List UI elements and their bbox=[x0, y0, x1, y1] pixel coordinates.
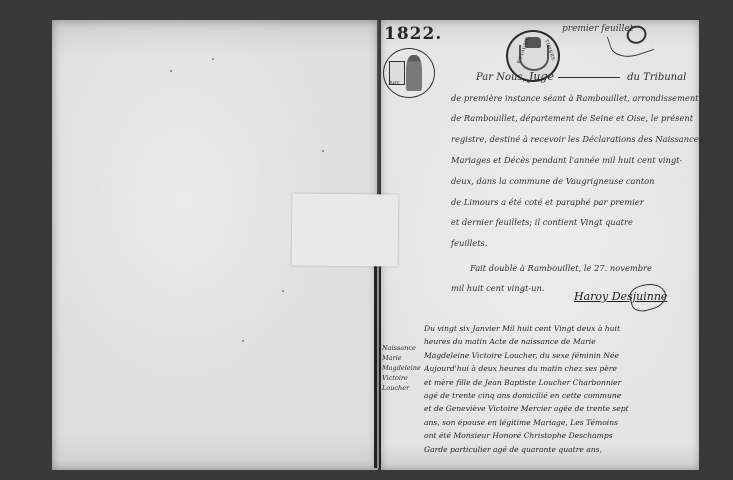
margin-note-line: Naissance bbox=[382, 343, 422, 353]
margin-note-line: Magdeleine bbox=[382, 363, 422, 373]
paper-speck bbox=[170, 70, 172, 72]
formula-line: de première instance séant à Rambouillet… bbox=[451, 93, 699, 103]
date-line: mil huit cent vingt-un. bbox=[451, 283, 544, 293]
act-line: ans, son épouse en légitime Mariage, Les… bbox=[424, 416, 696, 429]
act-line: Magdeleine Victoire Loucher, du sexe fém… bbox=[424, 349, 696, 362]
act-line: et mère fille de Jean Baptiste Loucher C… bbox=[424, 376, 696, 389]
act-line: heures du matin Acte de naissance de Mar… bbox=[424, 335, 696, 348]
formula-line: de Limours a été coté et paraphé par pre… bbox=[451, 197, 644, 207]
allegorical-figure-icon bbox=[406, 55, 422, 91]
formula-line: de Rambouillet, département de Seine et … bbox=[451, 113, 693, 123]
paper-speck bbox=[282, 290, 284, 292]
act-line: et de Geneviève Victoire Mercier agée de… bbox=[424, 402, 696, 415]
pasted-paper-slip bbox=[292, 194, 399, 267]
paper-speck bbox=[212, 58, 214, 60]
birth-act-entry: Du vingt six Janvier Mil huit cent Vingt… bbox=[424, 322, 696, 456]
margin-note-line: Loucher bbox=[382, 383, 422, 393]
act-line: Garde particulier agé de quarante quatre… bbox=[424, 443, 696, 456]
act-line: agé de trente cinq ans domicilié en cett… bbox=[424, 389, 696, 402]
stamp-label: Jury bbox=[389, 80, 399, 86]
ballot-urn-stamp-icon: Jury bbox=[383, 48, 435, 98]
act-line: Aujourd'hui à deux heures du matin chez … bbox=[424, 362, 696, 375]
margin-note: Naissance Marie Magdeleine Victoire Louc… bbox=[382, 343, 422, 393]
fill-underline bbox=[558, 77, 620, 78]
formula-first-line: Par Nous, Juge du Tribunal bbox=[476, 70, 686, 83]
year-heading: 1822. bbox=[384, 24, 442, 44]
paper-speck bbox=[242, 340, 244, 342]
formula-suffix: du Tribunal bbox=[627, 72, 686, 83]
formula-line: deux, dans la commune de Vaugrigneuse ca… bbox=[451, 176, 655, 186]
margin-note-line: Marie bbox=[382, 353, 422, 363]
formula-line: registre, destiné à recevoir les Déclara… bbox=[451, 134, 706, 144]
margin-note-line: Victoire bbox=[382, 373, 422, 383]
formula-line: et dernier feuillets; il contient Vingt … bbox=[451, 217, 633, 227]
done-at-line: Fait double à Rambouillet, le 27. novemb… bbox=[470, 263, 652, 273]
formula-prefix: Par Nous, bbox=[476, 72, 526, 83]
act-line: ont été Monsieur Honoré Christophe Desch… bbox=[424, 429, 696, 442]
act-line: Du vingt six Janvier Mil huit cent Vingt… bbox=[424, 322, 696, 335]
formula-judge-fill: Juge bbox=[529, 70, 554, 83]
formula-line: feuillets. bbox=[451, 238, 487, 248]
paper-speck bbox=[322, 150, 324, 152]
formula-line: Mariages et Décès pendant l'année mil hu… bbox=[451, 155, 682, 165]
